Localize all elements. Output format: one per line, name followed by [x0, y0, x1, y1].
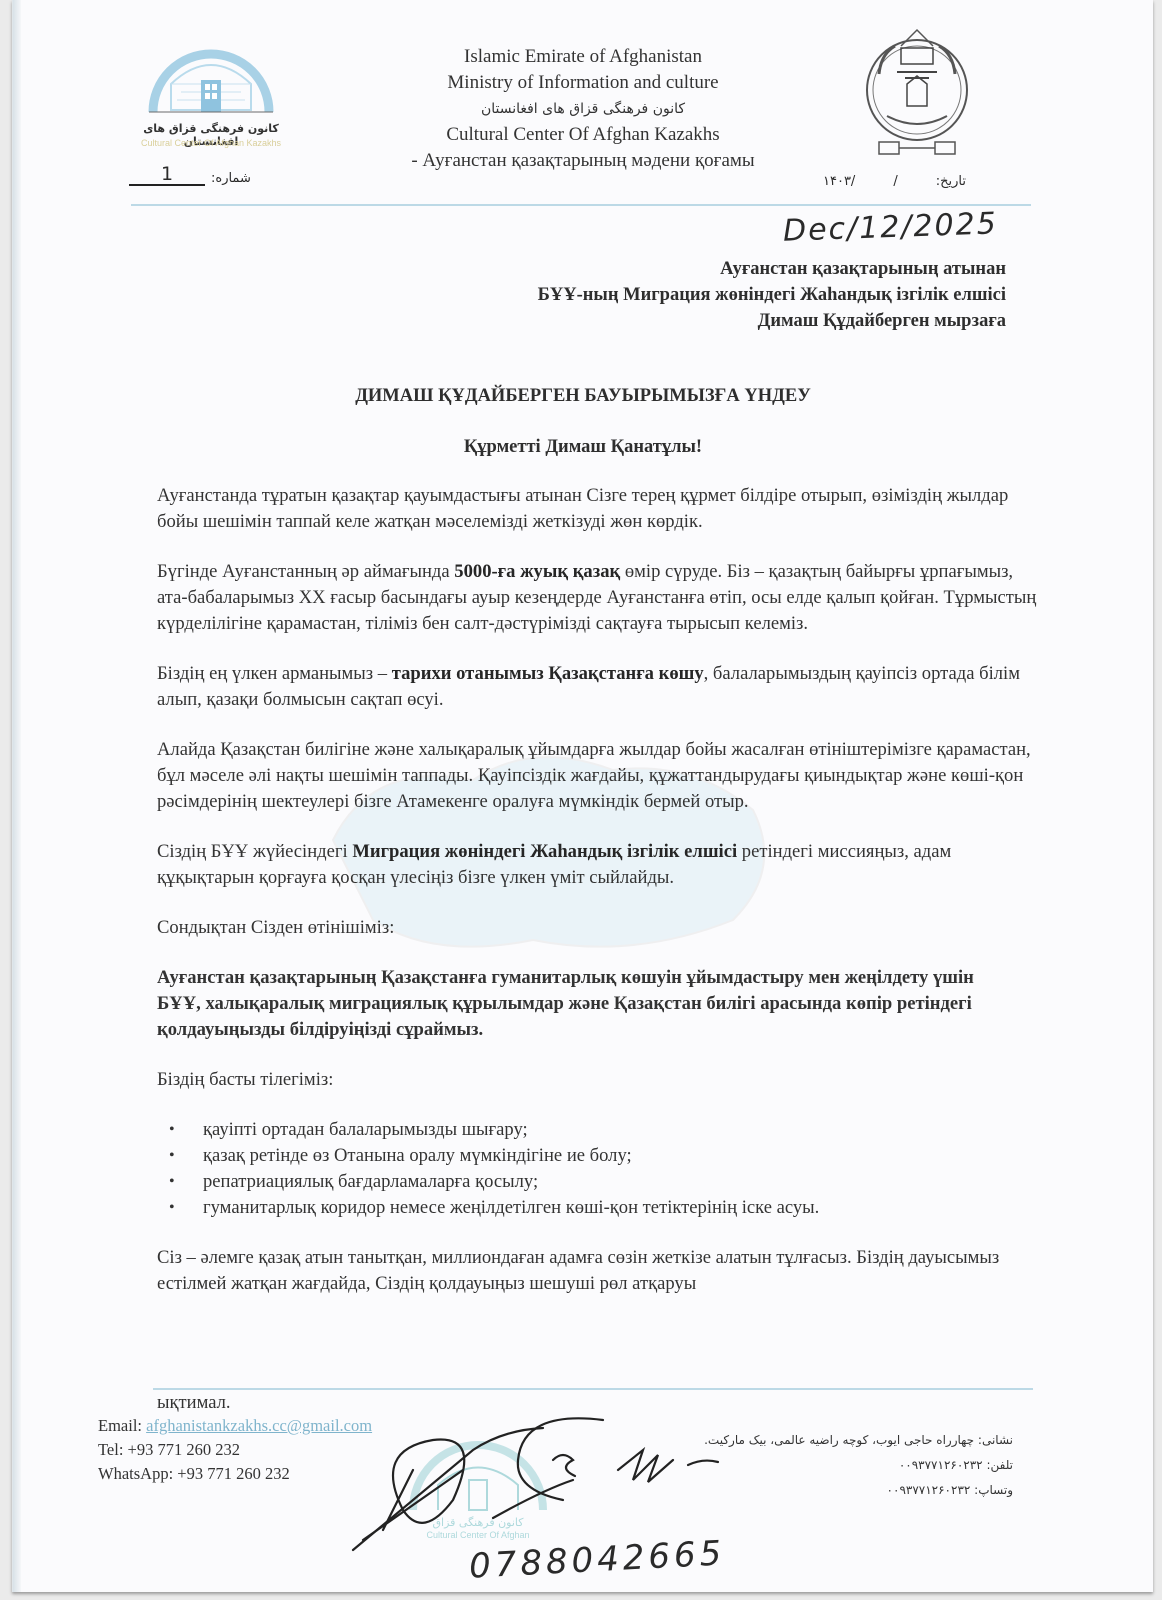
wishes-intro: Біздің басты тілегіміз: — [157, 1067, 1037, 1093]
letter-title: ДИМАШ ҚҰДАЙБЕРГЕН БАУЫРЫМЫЗҒА ҮНДЕУ — [13, 386, 1153, 407]
closing-paragraph: Сіз – әлемге қазақ атын танытқан, миллио… — [157, 1245, 1037, 1297]
salutation: Құрметті Димаш Қанатұлы! — [13, 437, 1153, 458]
letterhead: Islamic Emirate of Afghanistan Ministry … — [343, 44, 823, 174]
letterhead-line-2: Ministry of Information and culture — [343, 70, 823, 96]
email-label: Email: — [98, 1416, 146, 1435]
document-number-label: شماره: — [211, 171, 251, 186]
email-line: Email: afghanistankzakhs.cc@gmail.com — [98, 1414, 372, 1438]
phone-line: Tel: +93 771 260 232 — [98, 1438, 372, 1462]
date-separator: / — [893, 174, 897, 189]
recipient-line-2: БҰҰ-ның Миграция жөніндегі Жаһандық ізгі… — [538, 282, 1006, 308]
list-item: репатриациялық бағдарламаларға қосылу; — [191, 1169, 1037, 1195]
letterhead-line-3: کانون فرهنگی قزاق های افغانستان — [343, 96, 823, 122]
paragraph-5: Сіздің БҰҰ жүйесіндегі Миграция жөніндег… — [157, 839, 1037, 891]
afghanistan-emblem-icon — [861, 24, 973, 162]
request-line-2: БҰҰ, халықаралық миграциялық құрылымдар … — [157, 991, 1037, 1043]
list-item: қауіпті ортадан балаларымызды шығару; — [191, 1117, 1037, 1143]
document-date: ۱۴۰۳/ / تاریخ: — [823, 174, 966, 189]
letterhead-line-4: Cultural Center Of Afghan Kazakhs — [343, 122, 823, 148]
paragraph-4: Алайда Қазақстан билігіне және халықарал… — [157, 737, 1037, 815]
paragraph-5-text: Сіздің БҰҰ жүйесіндегі — [157, 841, 352, 862]
paragraph-2-text: Бүгінде Ауғанстанның әр аймағында — [157, 561, 454, 582]
paragraph-2: Бүгінде Ауғанстанның әр аймағында 5000-ғ… — [157, 559, 1037, 637]
list-item: гуманитарлық коридор немесе жеңілдетілге… — [191, 1195, 1037, 1221]
recipient-line-3: Димаш Құдайберген мырзаға — [538, 308, 1006, 334]
paragraph-5-emphasis: Миграция жөніндегі Жаһандық ізгілік елші… — [352, 841, 737, 862]
paragraph-3-emphasis: тарихи отанымыз Қазақстанға көшу — [392, 663, 704, 684]
letterhead-line-5: - Ауғанстан қазақтарының мәдени қоғамы — [343, 148, 823, 174]
paragraph-3: Біздің ең үлкен арманымыз – тарихи отаны… — [157, 661, 1037, 713]
email-link[interactable]: afghanistankzakhs.cc@gmail.com — [146, 1416, 372, 1435]
paragraph-2-emphasis: 5000-ға жуық қазақ — [454, 561, 620, 582]
document-number: 1 شماره: — [129, 164, 251, 186]
recipient-line-1: Ауғанстан қазақтарының атынан — [538, 256, 1006, 282]
document-number-value: 1 — [129, 164, 205, 186]
logo-caption-en: Cultural Center Of Afghan Kazakhs — [131, 138, 291, 148]
contact-info: Email: afghanistankzakhs.cc@gmail.com Te… — [98, 1414, 372, 1486]
paragraph-6: Сондықтан Сізден өтінішіміз: — [157, 915, 1037, 941]
request-line-1: Ауғанстан қазақтарының Қазақстанға гуман… — [157, 965, 1037, 991]
header-divider — [131, 204, 1031, 206]
date-label: تاریخ: — [936, 174, 966, 189]
paragraph-3-text: Біздің ең үлкен арманымыз – — [157, 663, 392, 684]
date-year: ۱۴۰۳/ — [823, 174, 855, 189]
paragraph-1: Ауғанстанда тұратын қазақтар қауымдастығ… — [157, 483, 1037, 535]
letter-body: Ауғанстанда тұратын қазақтар қауымдастығ… — [157, 483, 1037, 1297]
wishes-list: қауіпті ортадан балаларымызды шығару; қа… — [157, 1117, 1037, 1221]
list-item: қазақ ретінде өз Отанына оралу мүмкіндіг… — [191, 1143, 1037, 1169]
yurt-logo-icon: کانون فرهنگی قزاق های افغانستان Cultural… — [131, 22, 291, 152]
handwritten-date: Dec/12/2025 — [782, 206, 998, 248]
footer-divider — [153, 1388, 1033, 1390]
letterhead-line-1: Islamic Emirate of Afghanistan — [343, 44, 823, 70]
whatsapp-line: WhatsApp: +93 771 260 232 — [98, 1462, 372, 1486]
closing-last-word: ықтимал. — [157, 1392, 231, 1414]
recipient-block: Ауғанстан қазақтарының атынан БҰҰ-ның Ми… — [538, 256, 1006, 334]
request-block: Ауғанстан қазақтарының Қазақстанға гуман… — [157, 965, 1037, 1043]
letter-page: کانون فرهنگی قزاق های افغانستان Cultural… — [12, 0, 1153, 1592]
